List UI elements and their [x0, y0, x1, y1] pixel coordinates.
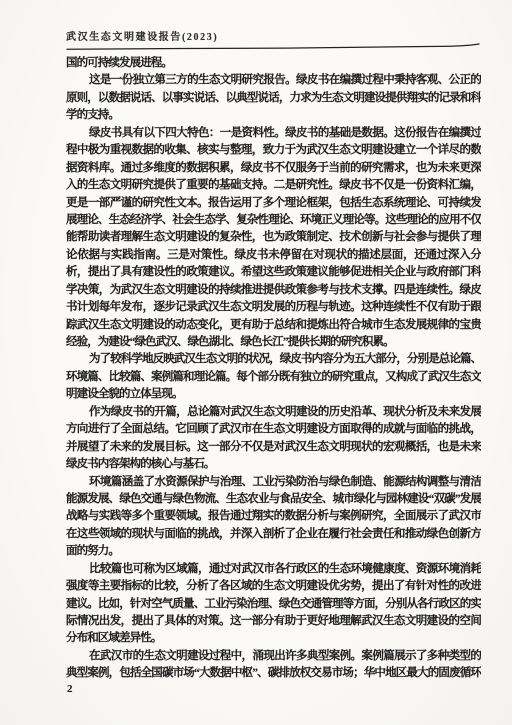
text-line: 际情况出发，提出了具体的对策。这一部分有助于更好地理解武汉生态文明建设的空间 — [66, 613, 481, 630]
text-line: 作为绿皮书的开篇，总论篇对武汉生态文明建设的历史沿革、现状分析及未来发展 — [66, 404, 481, 421]
text-line: 在武汉市的生态文明建设过程中，涌现出许多典型案例。案例篇展示了多种类型的 — [66, 648, 481, 665]
text-line: 绿皮书具有以下四大特色：一是资料性。绿皮书的基础是数据。这份报告在编撰过 — [66, 125, 481, 142]
text-line: 环境篇涵盖了水资源保护与治理、工业污染防治与绿色制造、能源结构调整与清洁 — [66, 474, 481, 491]
text-line: 绿皮书内容架构的核心与基石。 — [66, 456, 481, 473]
text-line: 能源发展、绿色交通与绿色物流、生态农业与食品安全、城市绿化与园林建设“双碳”发展 — [66, 491, 481, 508]
running-header-title: 武汉生态文明建设报告(2023) — [66, 28, 218, 43]
text-line: 方向进行了全面总结。它回顾了武汉市在生态文明建设方面取得的成就与面临的挑战， — [66, 421, 481, 438]
text-line: 析，提出了具有建设性的政策建议。希望这些政策建议能够促进相关企业与政府部门科 — [66, 264, 481, 281]
text-line: 学决策，为武汉生态文明建设的持续推进提供政策参考与技术支撑。四是连续性。绿皮 — [66, 282, 481, 299]
text-line: 能帮助读者理解生态文明建设的复杂性，也为政策制定、技术创新与社会参与提供了理 — [66, 229, 481, 246]
text-line: 并展望了未来的发展目标。这一部分不仅是对武汉生态文明现状的宏观概括，也是未来 — [66, 439, 481, 456]
text-line: 典型案例，包括全国碳市场“大数据中枢”、碳排放权交易市场；华中地区最大的固废循环 — [66, 665, 481, 682]
text-line: 建议。比如，针对空气质量、工业污染治理、绿色交通管理等方面，分别从各行政区的实 — [66, 596, 481, 613]
text-line: 面的努力。 — [66, 543, 481, 560]
text-line: 强度等主要指标的比较，分析了各区域的生态文明建设优劣势，提出了有针对性的改进 — [66, 578, 481, 595]
text-line: 国的可持续发展进程。 — [66, 55, 481, 72]
text-line: 更是一部严谨的研究性文本。报告运用了多个理论框架，包括生态系统理论、可持续发 — [66, 195, 481, 212]
text-line: 环境篇、比较篇、案例篇和理论篇。每个部分既有独立的研究重点，又构成了武汉生态文 — [66, 369, 481, 386]
text-line: 经验，为建设“绿色武汉、绿色湖北、绿色长江”提供长期的研究积累。 — [66, 334, 481, 351]
text-line: 书计划每年发布，逐步记录武汉生态文明发展的历程与轨迹。这种连续性不仅有助于跟 — [66, 299, 481, 316]
body-text: 国的可持续发展进程。这是一份独立第三方的生态文明研究报告。绿皮书在编撰过程中秉持… — [66, 55, 481, 683]
scanned-book-page: 武汉生态文明建设报告(2023) 国的可持续发展进程。这是一份独立第三方的生态文… — [0, 0, 512, 725]
text-line: 明建设全貌的立体呈现。 — [66, 386, 481, 403]
text-line: 据资料库。通过多维度的数据积累，绿皮书不仅服务于当前的研究需求，也为未来更深 — [66, 160, 481, 177]
text-line: 学的支持。 — [66, 107, 481, 124]
text-line: 入的生态文明研究提供了重要的基础支持。二是研究性。绿皮书不仅是一份资料汇编， — [66, 177, 481, 194]
text-line: 战略与实践等多个重要领域。报告通过翔实的数据分析与案例研究，全面展示了武汉市 — [66, 508, 481, 525]
text-line: 展理论、生态经济学、社会生态学、复杂性理论、环境正义理论等。这些理论的应用不仅 — [66, 212, 481, 229]
text-line: 程中极为重视数据的收集、核实与整理，致力于为武汉生态文明建设建立一个详尽的数 — [66, 142, 481, 159]
text-line: 比较篇也可称为区域篇，通过对武汉市各行政区的生态环境健康度、资源环境消耗 — [66, 561, 481, 578]
page-number: 2 — [67, 683, 73, 695]
text-line: 在这些领域的现状与面临的挑战，并深入剖析了企业在履行社会责任和推动绿色创新方 — [66, 526, 481, 543]
text-line: 为了较科学地反映武汉生态文明的状况，绿皮书内容分为五大部分，分别是总论篇、 — [66, 351, 481, 368]
header-rule — [66, 43, 481, 53]
text-line: 论依据与实践指南。三是对策性。绿皮书未停留在对现状的描述层面，还通过深入分 — [66, 247, 481, 264]
text-line: 分布和区域差异性。 — [66, 630, 481, 647]
text-line: 原则，以数据说话、以事实说话、以典型说话，力求为生态文明建设提供翔实的记录和科 — [66, 90, 481, 107]
text-line: 踪武汉生态文明建设的动态变化，更有助于总结和提炼出符合城市生态发展规律的宝贵 — [66, 317, 481, 334]
text-line: 这是一份独立第三方的生态文明研究报告。绿皮书在编撰过程中秉持客观、公正的 — [66, 72, 481, 89]
